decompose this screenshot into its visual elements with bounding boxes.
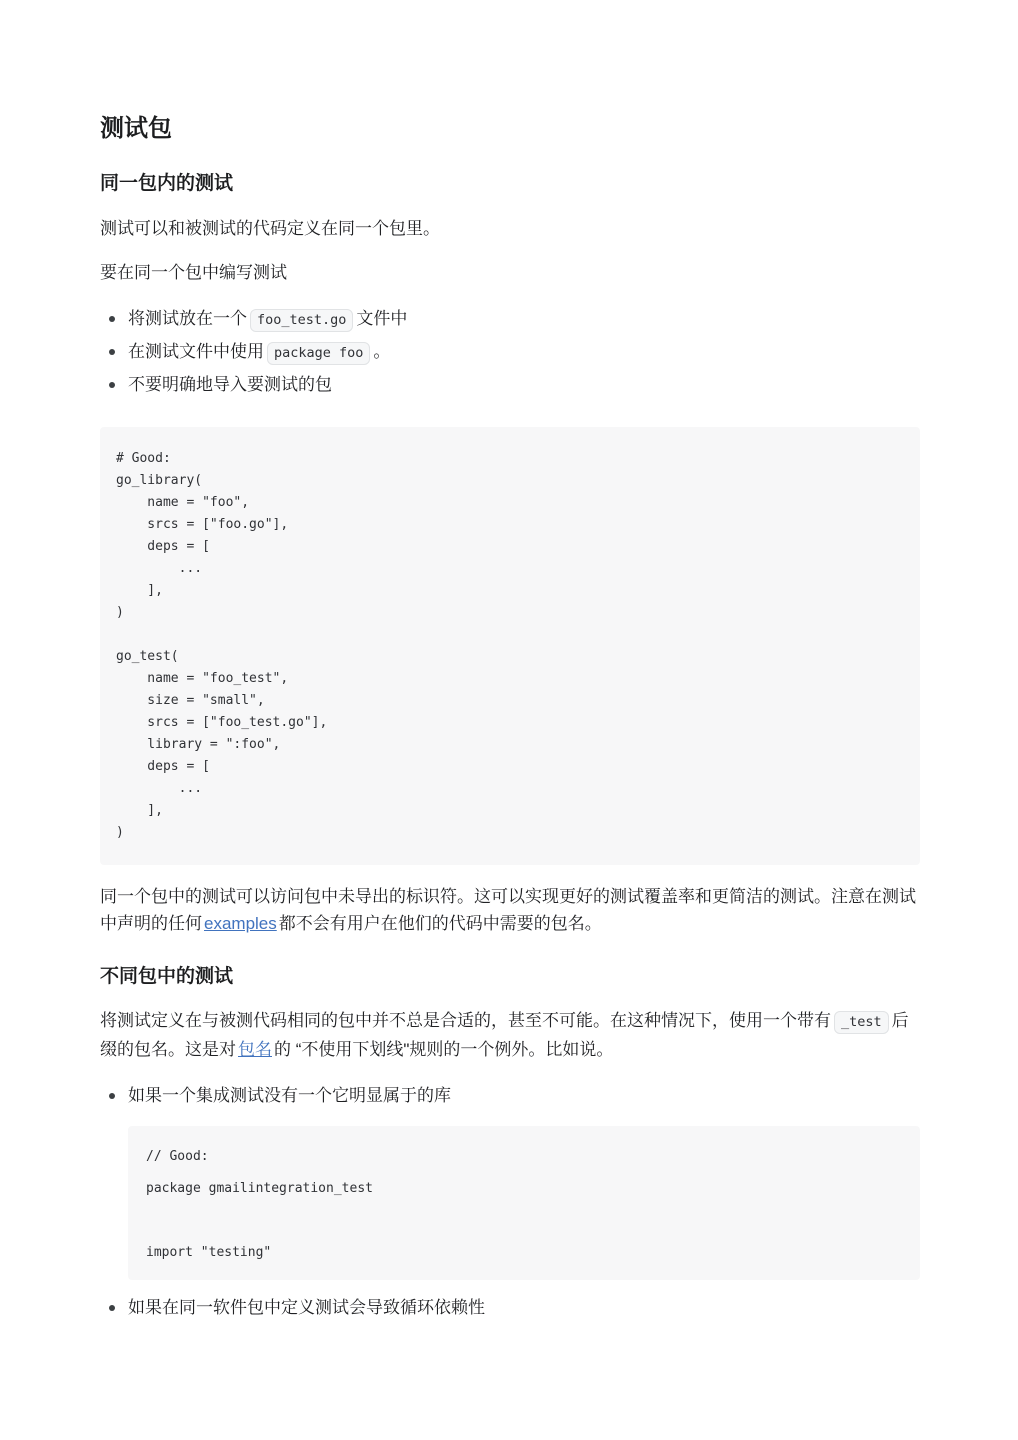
list-item-text: 文件中	[356, 309, 407, 328]
paragraph-write-tests-same-package: 要在同一个包中编写测试	[100, 259, 920, 286]
paragraph-text: 都不会有用户在他们的代码中需要的包名。	[279, 914, 602, 933]
list-item: 如果一个集成测试没有一个它明显属于的库 // Good: package gma…	[100, 1080, 920, 1280]
heading-tests-same-package: 同一包内的测试	[100, 172, 920, 197]
list-item-text: 。	[373, 342, 390, 361]
paragraph-text: 的 “不使用下划线"规则的一个例外。比如说。	[274, 1040, 613, 1059]
paragraph-test-suffix: 将测试定义在与被测代码相同的包中并不总是合适的，甚至不可能。在这种情况下，使用一…	[100, 1007, 920, 1063]
inline-code-package-foo: package foo	[267, 342, 370, 365]
list-item: 将测试放在一个foo_test.go文件中	[100, 303, 920, 336]
list-item: 如果在同一软件包中定义测试会导致循环依赖性	[100, 1292, 920, 1324]
page-title: 测试包	[100, 114, 920, 144]
bullet-list-different-package: 如果一个集成测试没有一个它明显属于的库 // Good: package gma…	[100, 1080, 920, 1324]
package-names-link[interactable]: 包名	[238, 1040, 272, 1059]
examples-link[interactable]: examples	[204, 914, 277, 933]
list-item-text: 如果一个集成测试没有一个它明显属于的库	[128, 1086, 451, 1105]
list-item: 不要明确地导入要测试的包	[100, 369, 920, 401]
list-item-text: 将测试放在一个	[128, 309, 247, 328]
paragraph-unexported-identifiers: 同一个包中的测试可以访问包中未导出的标识符。这可以实现更好的测试覆盖率和更简洁的…	[100, 883, 920, 937]
code-block-bazel-rules-text: # Good: go_library( name = "foo", srcs =…	[116, 451, 327, 840]
list-item-text: 如果在同一软件包中定义测试会导致循环依赖性	[128, 1298, 485, 1317]
paragraph-text: 将测试定义在与被测代码相同的包中并不总是合适的，甚至不可能。在这种情况下，使用一…	[100, 1011, 831, 1030]
code-block-gmailintegration-text: // Good: package gmailintegration_test i…	[146, 1149, 373, 1260]
list-item: 在测试文件中使用package foo。	[100, 336, 920, 369]
bullet-list-same-package: 将测试放在一个foo_test.go文件中 在测试文件中使用package fo…	[100, 303, 920, 401]
inline-code-foo-test-go: foo_test.go	[250, 309, 353, 332]
inline-code-test-suffix: _test	[834, 1011, 889, 1034]
list-item-text: 不要明确地导入要测试的包	[128, 375, 332, 394]
list-item-text: 在测试文件中使用	[128, 342, 264, 361]
paragraph-tests-same-package-intro: 测试可以和被测试的代码定义在同一个包里。	[100, 215, 920, 242]
code-block-bazel-rules: # Good: go_library( name = "foo", srcs =…	[100, 427, 920, 865]
heading-tests-different-package: 不同包中的测试	[100, 965, 920, 990]
code-block-gmailintegration: // Good: package gmailintegration_test i…	[128, 1126, 920, 1280]
document: 测试包 同一包内的测试 测试可以和被测试的代码定义在同一个包里。 要在同一个包中…	[100, 0, 920, 1324]
